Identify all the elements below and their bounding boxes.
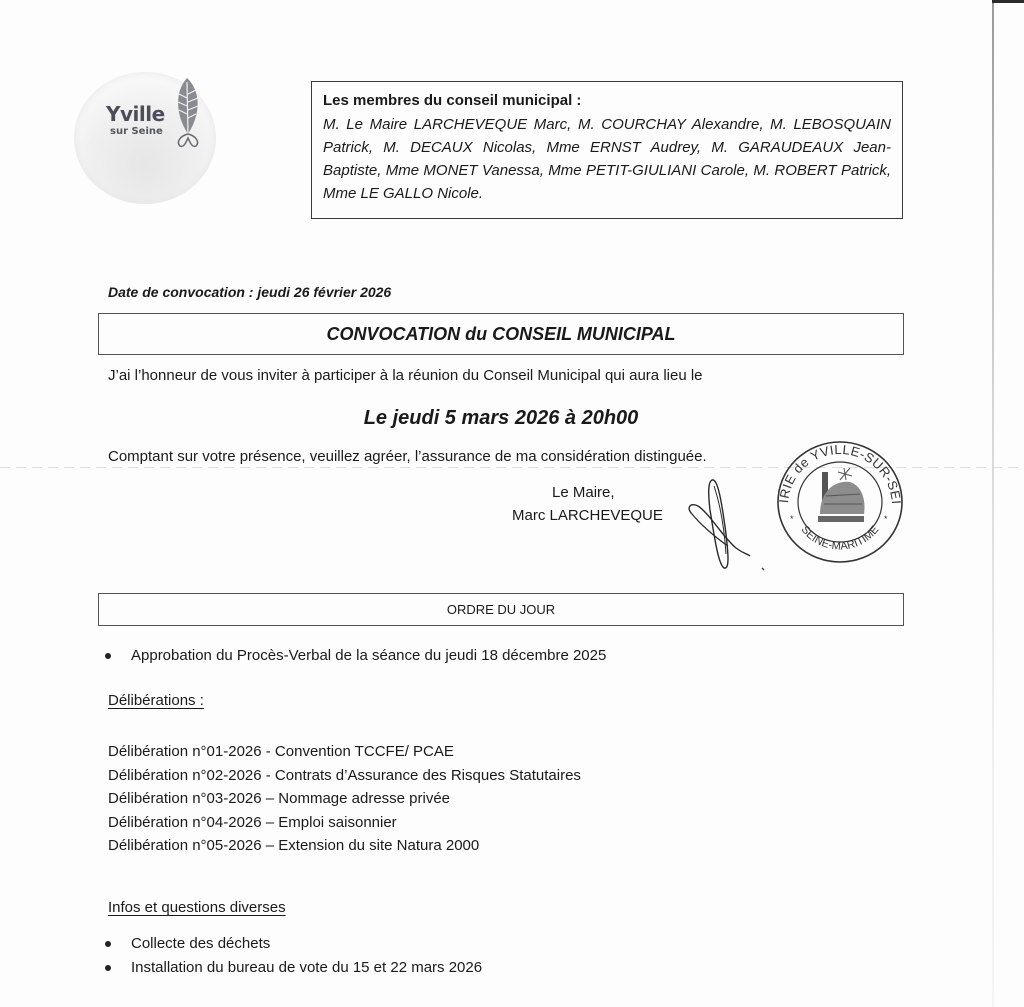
document-title-text: CONVOCATION du CONSEIL MUNICIPAL [327, 324, 676, 345]
page-edge [992, 0, 994, 1007]
agenda-title: ORDRE DU JOUR [98, 593, 904, 626]
info-title: Infos et questions diverses [108, 899, 286, 916]
convocation-date: Date de convocation : jeudi 26 février 2… [108, 284, 391, 300]
council-members-box: Les membres du conseil municipal : M. Le… [311, 81, 903, 219]
deliberation-item: Délibération n°04-2026 – Emploi saisonni… [108, 811, 581, 835]
signer-title: Le Maire, [552, 484, 615, 501]
list-item: Approbation du Procès-Verbal de la séanc… [131, 647, 606, 664]
signature-icon [680, 474, 780, 574]
deliberations-list: Délibération n°01-2026 - Convention TCCF… [108, 740, 581, 858]
logo-subtitle: sur Seine [110, 126, 163, 137]
invitation-text: J’ai l’honneur de vous inviter à partici… [108, 367, 703, 384]
info-item: Collecte des déchets [131, 935, 270, 952]
town-logo: Yville sur Seine [74, 72, 216, 204]
members-list: M. Le Maire LARCHEVEQUE Marc, M. COURCHA… [323, 113, 891, 205]
deliberation-item: Délibération n°05-2026 – Extension du si… [108, 834, 581, 858]
svg-text:SEINE-MARITIME: SEINE-MARITIME [799, 524, 882, 553]
deliberations-title: Délibérations : [108, 692, 204, 709]
svg-text:*: * [790, 514, 794, 524]
meeting-date: Le jeudi 5 mars 2026 à 20h00 [0, 407, 1002, 430]
document-title: CONVOCATION du CONSEIL MUNICIPAL [98, 313, 904, 355]
deliberation-item: Délibération n°03-2026 – Nommage adresse… [108, 787, 581, 811]
approval-item: Approbation du Procès-Verbal de la séanc… [131, 647, 606, 664]
list-item: Installation du bureau de vote du 15 et … [131, 959, 482, 976]
members-title: Les membres du conseil municipal : [323, 92, 891, 109]
closing-text: Comptant sur votre présence, veuillez ag… [108, 448, 707, 465]
town-hall-stamp: MAIRIE de YVILLE-SUR-SEINE SEINE-MARITIM… [770, 436, 910, 566]
svg-text:*: * [884, 514, 888, 524]
bullet-icon [105, 653, 111, 659]
deliberation-item: Délibération n°02-2026 - Contrats d’Assu… [108, 764, 581, 788]
bullet-icon [105, 941, 111, 947]
agenda-title-text: ORDRE DU JOUR [447, 602, 555, 617]
bullet-icon [105, 965, 111, 971]
deliberation-item: Délibération n°01-2026 - Convention TCCF… [108, 740, 581, 764]
leaf-icon [170, 76, 204, 152]
signer-name: Marc LARCHEVEQUE [512, 507, 663, 524]
info-item: Installation du bureau de vote du 15 et … [131, 959, 482, 976]
list-item: Collecte des déchets [131, 935, 270, 952]
page-edge-corner [992, 0, 1024, 3]
logo-name: Yville [106, 102, 165, 126]
